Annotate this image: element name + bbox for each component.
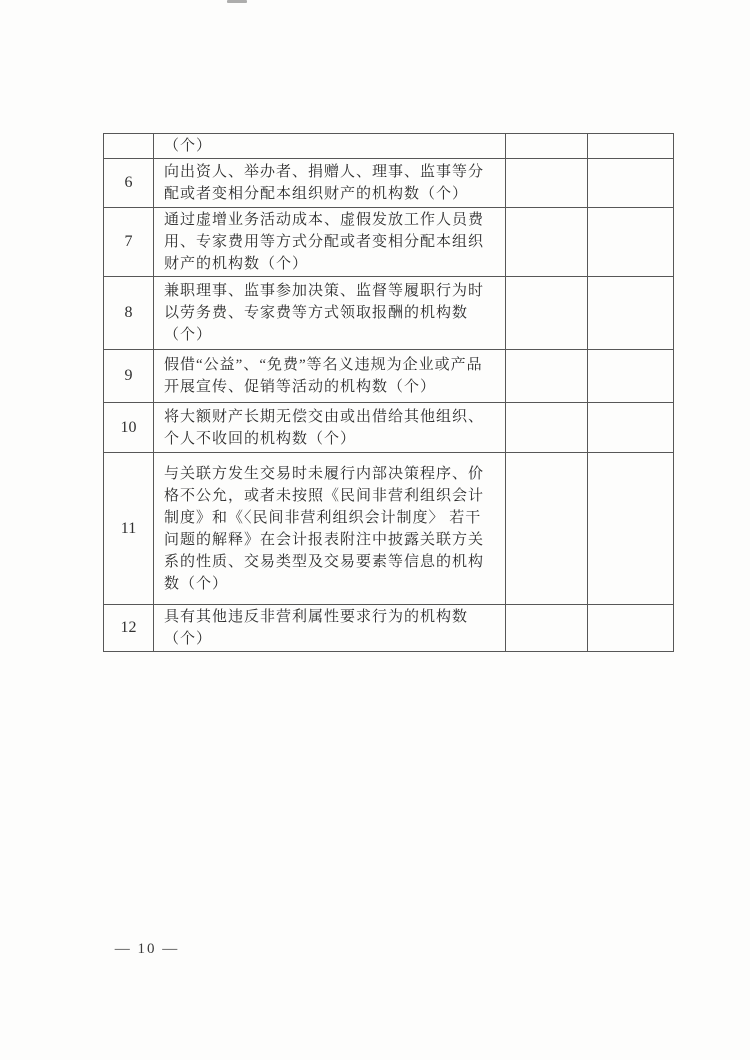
- row-value-cell-2: [588, 208, 674, 277]
- table-row: 9 假借“公益”、“免费”等名义违规为企业或产品 开展宣传、促销等活动的机构数（…: [104, 350, 674, 403]
- table-row: （个）: [104, 134, 674, 159]
- row-number: 10: [104, 403, 154, 453]
- row-value-cell-1: [506, 453, 588, 605]
- scan-artifact: [227, 0, 247, 3]
- table-row: 7 通过虚增业务活动成本、虚假发放工作人员费 用、专家费用等方式分配或者变相分配…: [104, 208, 674, 277]
- row-value-cell-2: [588, 453, 674, 605]
- row-description: 与关联方发生交易时未履行内部决策程序、价 格不公允，或者未按照《民间非营利组织会…: [154, 453, 506, 605]
- row-number: 9: [104, 350, 154, 403]
- row-value-cell-2: [588, 350, 674, 403]
- row-value-cell-1: [506, 159, 588, 208]
- row-value-cell-2: [588, 277, 674, 350]
- document-page: （个） 6 向出资人、举办者、捐赠人、理事、监事等分 配或者变相分配本组织财产的…: [0, 0, 750, 1060]
- row-description: 兼职理事、监事参加决策、监督等履职行为时 以劳务费、专家费等方式领取报酬的机构数…: [154, 277, 506, 350]
- table-row: 8 兼职理事、监事参加决策、监督等履职行为时 以劳务费、专家费等方式领取报酬的机…: [104, 277, 674, 350]
- row-value-cell-2: [588, 403, 674, 453]
- row-number: 7: [104, 208, 154, 277]
- row-value-cell-1: [506, 208, 588, 277]
- row-number: [104, 134, 154, 159]
- table-row: 11 与关联方发生交易时未履行内部决策程序、价 格不公允，或者未按照《民间非营利…: [104, 453, 674, 605]
- row-value-cell-2: [588, 134, 674, 159]
- row-value-cell-1: [506, 403, 588, 453]
- row-value-cell-2: [588, 605, 674, 652]
- table-row: 10 将大额财产长期无偿交由或出借给其他组织、 个人不收回的机构数（个）: [104, 403, 674, 453]
- table-row: 12 具有其他违反非营利属性要求行为的机构数 （个）: [104, 605, 674, 652]
- row-value-cell-1: [506, 350, 588, 403]
- row-description: 将大额财产长期无偿交由或出借给其他组织、 个人不收回的机构数（个）: [154, 403, 506, 453]
- row-value-cell-1: [506, 277, 588, 350]
- row-number: 11: [104, 453, 154, 605]
- table-row: 6 向出资人、举办者、捐赠人、理事、监事等分 配或者变相分配本组织财产的机构数（…: [104, 159, 674, 208]
- row-value-cell-2: [588, 159, 674, 208]
- row-value-cell-1: [506, 134, 588, 159]
- indicator-table: （个） 6 向出资人、举办者、捐赠人、理事、监事等分 配或者变相分配本组织财产的…: [103, 133, 674, 652]
- row-description: 通过虚增业务活动成本、虚假发放工作人员费 用、专家费用等方式分配或者变相分配本组…: [154, 208, 506, 277]
- row-description: 具有其他违反非营利属性要求行为的机构数 （个）: [154, 605, 506, 652]
- row-number: 6: [104, 159, 154, 208]
- row-number: 12: [104, 605, 154, 652]
- table-body: （个） 6 向出资人、举办者、捐赠人、理事、监事等分 配或者变相分配本组织财产的…: [104, 134, 674, 652]
- row-description: （个）: [154, 134, 506, 159]
- row-description: 假借“公益”、“免费”等名义违规为企业或产品 开展宣传、促销等活动的机构数（个）: [154, 350, 506, 403]
- row-number: 8: [104, 277, 154, 350]
- row-value-cell-1: [506, 605, 588, 652]
- page-number: — 10 —: [104, 941, 190, 958]
- row-description: 向出资人、举办者、捐赠人、理事、监事等分 配或者变相分配本组织财产的机构数（个）: [154, 159, 506, 208]
